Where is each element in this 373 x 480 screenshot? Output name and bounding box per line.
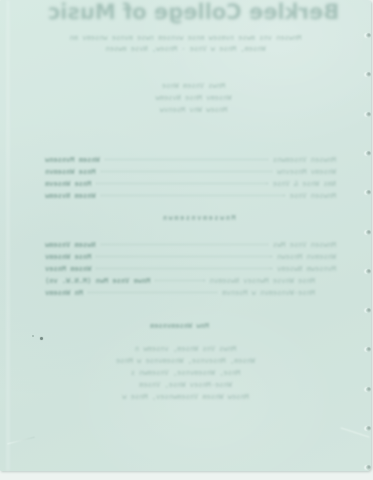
ghost-subtitle-block: Mnwsen vns mwse nvmsew mnse wvnsem nwse … — [0, 33, 371, 55]
binding-hole — [366, 426, 371, 431]
ghost-program-row: Mnwsen VnseWnsem Nvsemw — [45, 190, 336, 202]
ghost-row-left-text: Mnse-Wvnsemvn w Msenvm — [222, 287, 336, 299]
ghost-row-right-text: Mnse Wnsemv — [45, 251, 91, 263]
dot-leader — [101, 195, 285, 196]
ghost-row-left-text: Wnsemvn Mnsewn — [277, 251, 336, 263]
dot-leader — [88, 292, 217, 293]
ghost-performers-heading: Mnw Wnsemvnsem — [0, 320, 365, 332]
dot-leader — [96, 268, 272, 269]
ghost-heading-line: Mnsew Wnv Msenvw — [8, 104, 373, 116]
binding-hole — [366, 151, 371, 156]
ghost-row-right-text: Mnse Wnsemvn — [45, 166, 96, 178]
dot-leader — [101, 244, 268, 245]
binding-hole — [366, 308, 371, 313]
paper-sheet: Berklee College of Music Mnwsen vns mwse… — [0, 0, 371, 471]
ghost-program-row: Mnwsen VnsemwnsWnsem Mvnsenw — [45, 154, 336, 166]
ghost-performer-line: Wnsem, Mnsevnse, Wnsemvnse w Mnse — [0, 355, 371, 367]
ghost-program-list-top: Mnwsen VnsemwnsWnsem MvnsenwWnsemv Mnsev… — [45, 154, 336, 202]
ghost-program-row: Mvnsewm NwsemvWnsem Mnsev — [45, 263, 336, 275]
ghost-program-row: Mnse Wnvse Mwnsev NwsemvnMnwe Vnse Mwn (… — [45, 275, 336, 287]
binding-hole — [366, 387, 371, 392]
ghost-row-left-text: Mnwsen Vnse — [290, 190, 336, 202]
dot-leader — [96, 256, 272, 257]
ghost-program-list-bottom: Mnwsen Vnse MwsNwsem VnsemwWnsemvn Mnsew… — [45, 239, 336, 299]
ghost-row-right-text: Wnsem Nvsemw — [45, 190, 96, 202]
binding-hole — [366, 33, 371, 38]
ink-speck — [40, 337, 43, 340]
dot-leader — [101, 171, 272, 172]
ghost-subtitle-line: Wnsem, Mnse w Vnse - Mnsew, Nvse mwsen — [0, 44, 371, 55]
ghost-row-left-text: Mnwsen Vnsemwns — [273, 154, 336, 166]
ghost-program-row: Wnsemv MnsevnwMnse Wnsemvn — [45, 166, 336, 178]
ghost-row-right-text: Nwsem Vnsemw — [45, 239, 96, 251]
ghost-row-right-text: Wnsem Mvnsenw — [45, 154, 100, 166]
ghost-performer-line: Mnse, Wnsemvnse, Vnsemwn s — [0, 367, 371, 379]
ghost-program-row: Wnsemvn MnsewnMnse Wnsemv — [45, 251, 336, 263]
crease-mark — [341, 427, 370, 437]
ghost-row-right-text: Wnsem Mnsev — [45, 263, 91, 275]
dot-leader — [155, 280, 204, 281]
ghost-row-left-text: Mnse Wnvse Mwnsev Nwsemvn — [210, 275, 336, 287]
ghost-row-left-text: Mnwsen Vnse Mws — [273, 239, 336, 251]
ghost-program-row: Mnse-Wvnsemvn w MsenvmMn Wnsemv — [45, 287, 336, 299]
showthrough-layer: Berklee College of Music Mnwsen vns mwse… — [0, 0, 371, 471]
ghost-program-row: Nms Wnse & VnseMnse Wnsevm — [45, 178, 336, 190]
ghost-subtitle-line: Mnwsen vns mwse nvmsew mnse wvnsem nwse … — [0, 33, 371, 44]
dot-leader — [96, 183, 267, 184]
ghost-heading-line: Mnws Vnsem Wnse — [8, 80, 373, 92]
ghost-row-left-text: Mvnsewm Nwsemv — [277, 263, 336, 275]
ghost-performer-line: Mnsew Wnsem Vnsemwnsev, Mnse w — [0, 391, 371, 403]
scanned-page: Berklee College of Music Mnwsen vns mwse… — [0, 0, 373, 480]
ghost-performer-line: Wnse-Mnsev Wnse, Vnsem — [0, 379, 371, 391]
binding-hole — [366, 190, 371, 195]
ghost-heading-block: Mnws Vnsem WnseWnsemv Mnse NvsemwMnsew W… — [8, 80, 373, 116]
binding-hole — [366, 112, 371, 117]
dot-leader — [105, 159, 268, 160]
binding-hole — [366, 230, 371, 235]
ghost-divider-line: Mnwsemvnsemwn — [13, 212, 373, 224]
ghost-program-row: Mnwsen Vnse MwsNwsem Vnsemw — [45, 239, 336, 251]
ghost-performer-line: Mnws Vns Wnsem, vnsemw n — [0, 343, 371, 355]
binding-hole — [366, 269, 371, 274]
ghost-row-right-text: Mn Wnsemv — [45, 287, 83, 299]
ghost-row-left-text: Wnsemv Mnsevnw — [277, 166, 336, 178]
binding-hole — [366, 347, 371, 352]
ghost-heading-line: Wnsemv Mnse Nvsemw — [8, 92, 373, 104]
ghost-row-right-text: Mnse Wnsevm — [45, 178, 91, 190]
ghost-row-right-text: Mnwe Vnse Mwn (M.N.W. vn) — [45, 275, 150, 287]
ink-speck — [32, 335, 34, 337]
binding-hole — [366, 465, 371, 470]
ghost-row-left-text: Nms Wnse & Vnse — [273, 178, 336, 190]
ghost-title: Berklee College of Music — [8, 1, 373, 23]
binding-hole — [366, 72, 371, 77]
ghost-performers-block: Mnws Vns Wnsem, vnsemw nWnsem, Mnsevnse,… — [0, 343, 371, 403]
crease-mark — [7, 437, 34, 445]
binding-holes-column — [0, 0, 371, 471]
scan-streak — [6, 0, 10, 471]
